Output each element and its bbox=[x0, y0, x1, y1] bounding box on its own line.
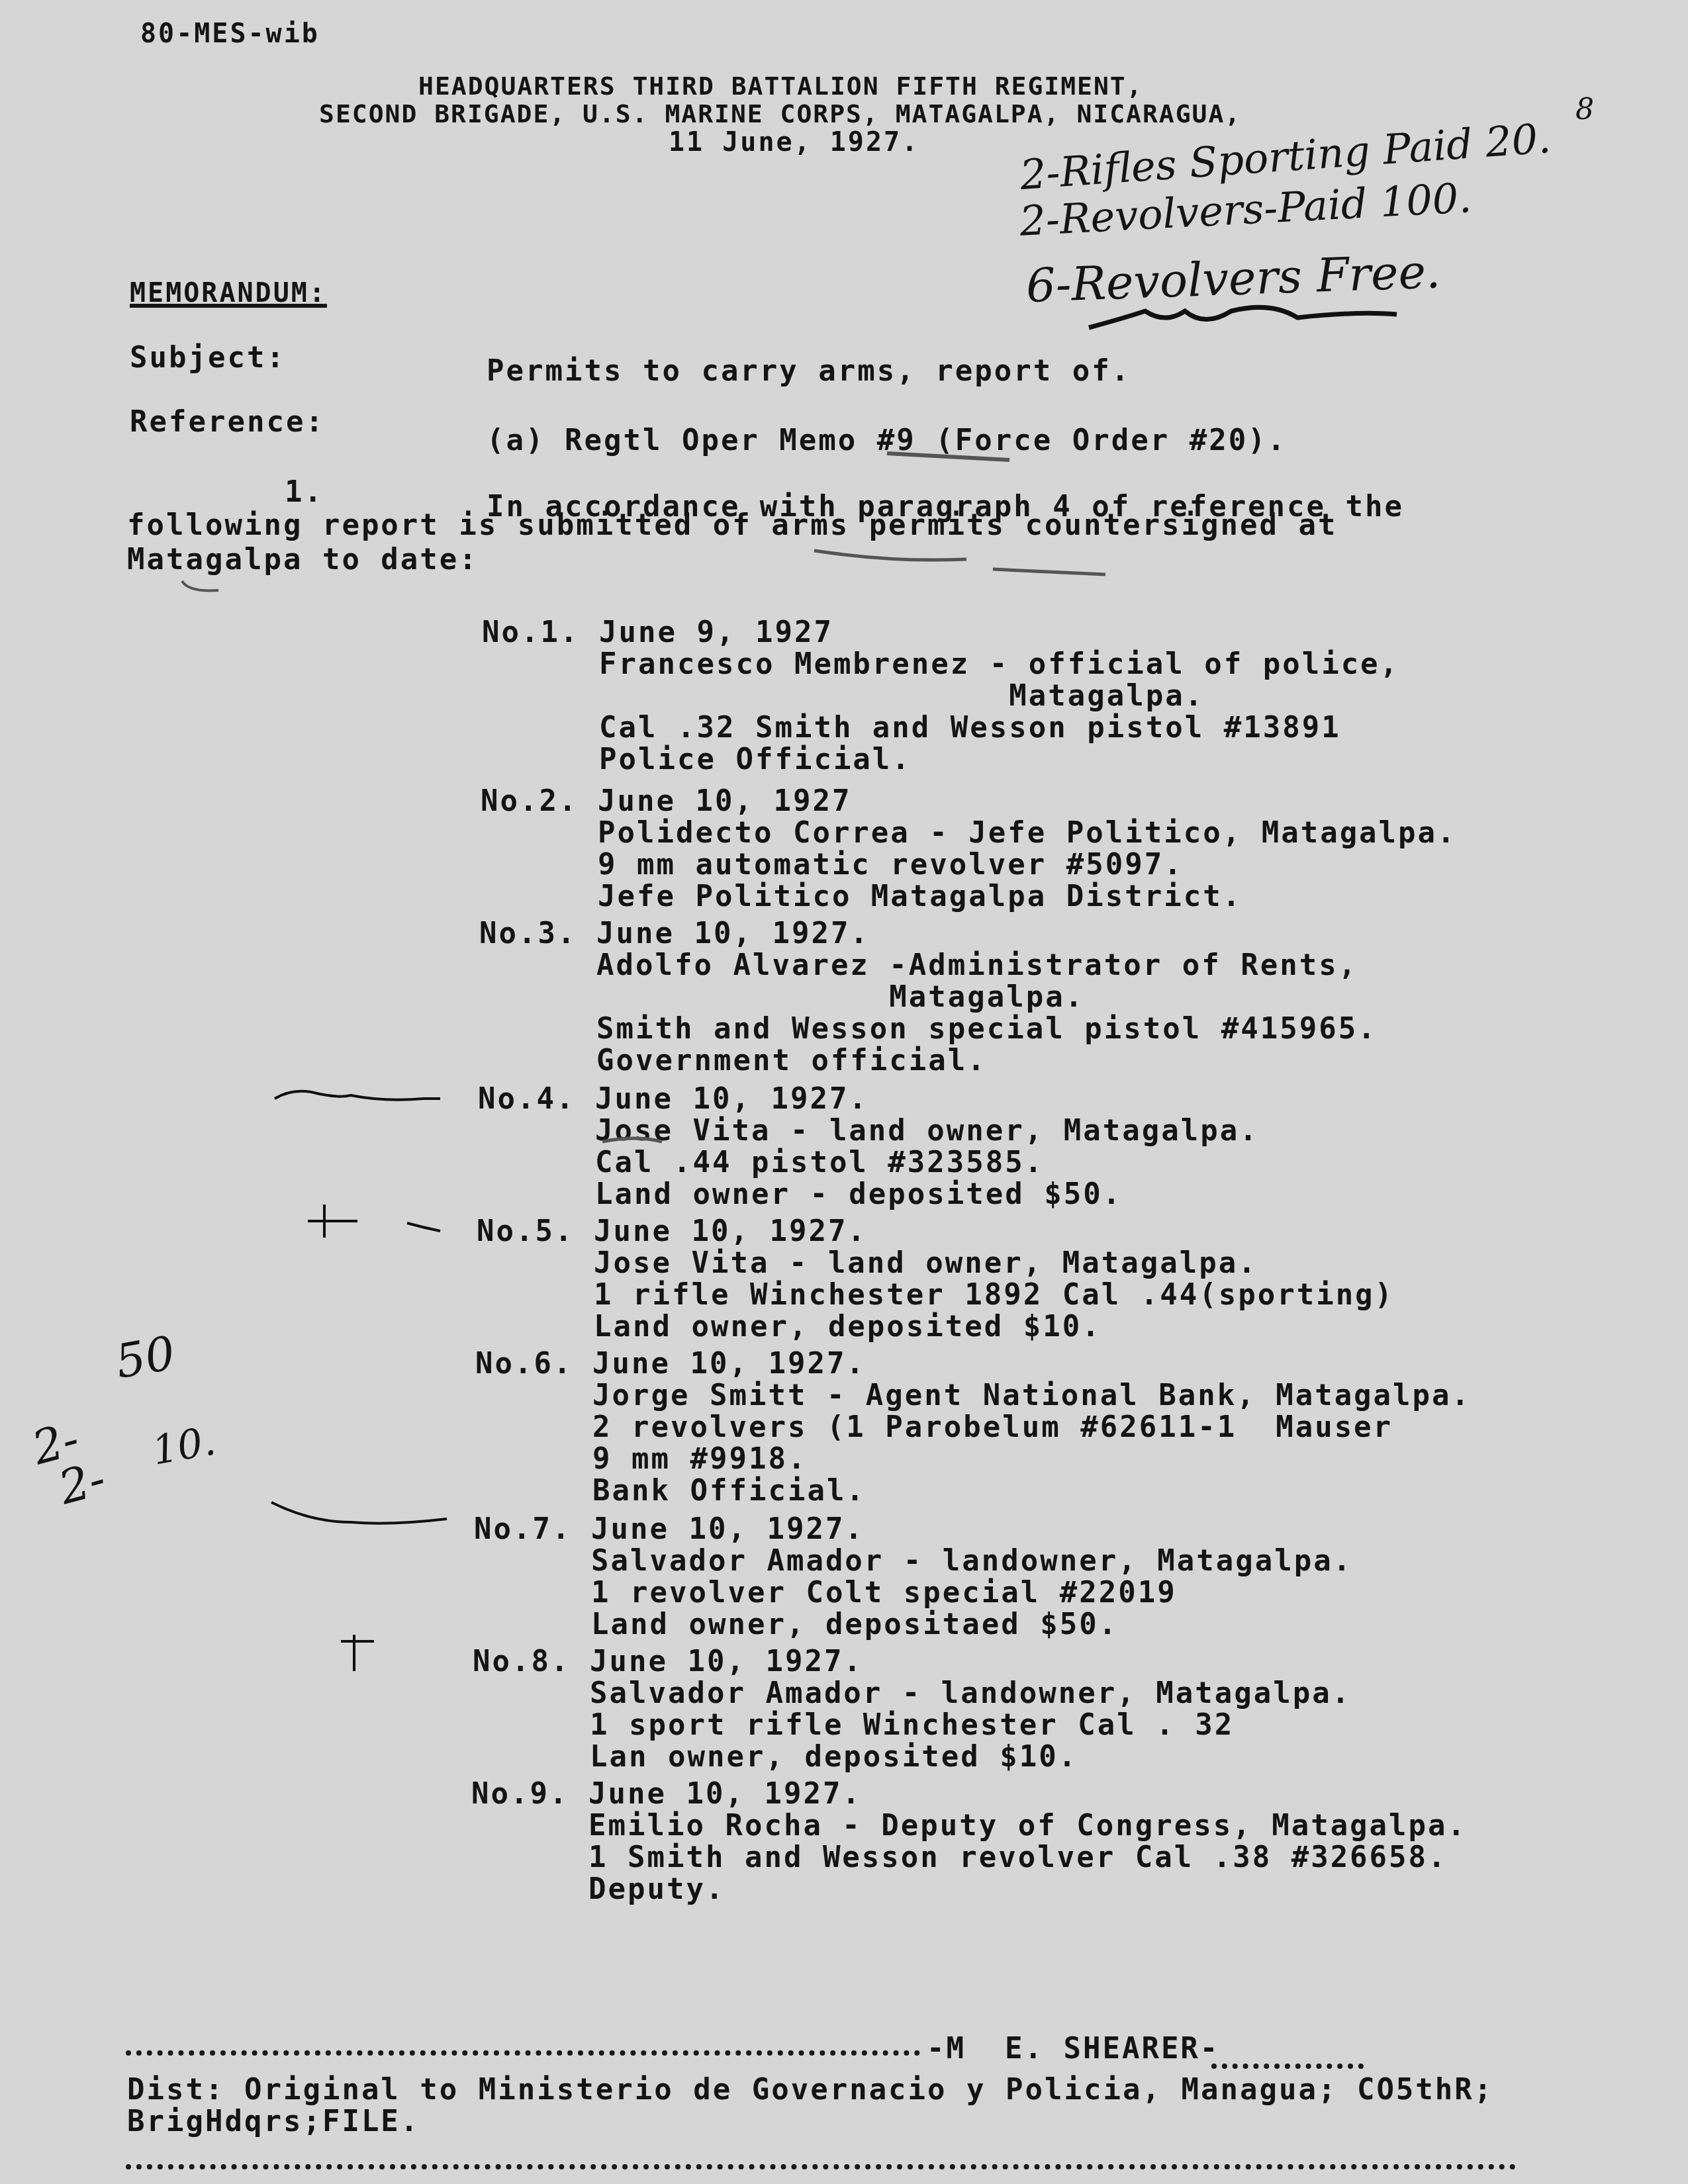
signature: -M E. SHEARER- bbox=[927, 2032, 1219, 2066]
pencil-underline-jose-vita bbox=[602, 1138, 662, 1142]
cross-mark-no8 bbox=[341, 1635, 374, 1671]
cross-mark-no5 bbox=[308, 1205, 440, 1238]
footer-divider bbox=[126, 2164, 1516, 2169]
distribution-line-1: Dist: Original to Ministerio de Governac… bbox=[127, 2073, 1493, 2107]
pencil-underline-countersigned bbox=[993, 569, 1105, 574]
distribution-line-2: BrigHdqrs;FILE. bbox=[127, 2105, 420, 2138]
pencil-underline-matagalpa bbox=[182, 581, 218, 590]
pencil-underline-arms-permits bbox=[814, 551, 966, 560]
pencil-underline-force-order bbox=[887, 453, 1009, 460]
tick-mark-no4 bbox=[275, 1091, 440, 1100]
pen-marks bbox=[0, 0, 1688, 2184]
signature-divider-left bbox=[126, 2050, 920, 2056]
squiggle-underline bbox=[1089, 307, 1397, 328]
tick-mark-no7 bbox=[271, 1502, 447, 1524]
signature-divider-right bbox=[1211, 2064, 1364, 2069]
